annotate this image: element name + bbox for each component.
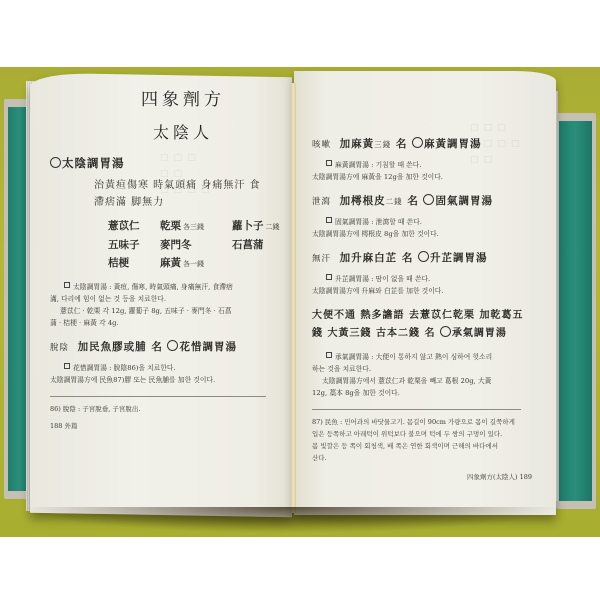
circle-marker-icon — [412, 137, 423, 148]
herb-row: 桔梗 麻黃各一錢 — [108, 254, 290, 273]
herb-item: 桔梗 — [108, 254, 160, 273]
herb-item: 薏苡仁 — [108, 217, 160, 236]
modification-result: 花惜調胃湯 — [179, 341, 237, 353]
entry-explanation: 麻黃調胃湯 : 기침할 때 쓴다. 太陰調胃湯方에 麻黃을 12g을 加한 것이… — [312, 159, 544, 183]
footnote: 86) 脫陰 : 子宮脫垂, 子宮脫出. — [50, 403, 290, 415]
formula-name: 太陰調胃湯 — [62, 156, 125, 170]
footnote-divider — [50, 396, 266, 397]
modification-heading: 脫陰 加民魚膠或脯 名 花惜調胃湯 — [50, 339, 290, 354]
entry-explanation: 固氣調胃湯 : 泄瀉할 때 쓴다. 太陰調胃湯方에 樗根皮 8g을 加한 것이다… — [312, 216, 544, 240]
herb-item: 石菖蒲 — [232, 236, 264, 254]
entry-heading: 咳嗽 加麻黃三錢 名 麻黃調胃湯 — [312, 136, 544, 151]
dose-line: 蒲 · 桔梗 · 麻黃 각 4g. — [50, 317, 290, 329]
formula-indications: 治黃疸傷寒 時氣頭痛 身痛無汗 食 滯痞滿 脚無力 — [94, 177, 290, 211]
book-gutter — [291, 83, 296, 513]
footnote-divider — [312, 409, 521, 410]
herb-row: 五味子 麥門冬 石菖蒲 — [108, 236, 290, 254]
circle-marker-icon — [418, 251, 429, 262]
page-folio: 四象劑方(太陰人) 189 — [312, 472, 532, 481]
note-line: 太陰調胃湯方에 民魚87)膠 또는 民魚脯를 加한 것이다. — [50, 374, 290, 386]
square-bullet-icon — [326, 274, 332, 280]
entry-heading: 泄瀉 加樗根皮二錢 名 固氣調胃湯 — [312, 193, 544, 208]
square-bullet-icon — [326, 160, 332, 166]
indications-line: 滯痞滿 脚無力 — [94, 194, 290, 211]
entry-explanation: 升芷調胃湯 : 땀이 없을 때 쓴다. 太陰調胃湯方에 升麻와 白芷를 加한 것… — [312, 273, 544, 297]
formula-explanation: 太陰調胃湯 : 黃疸, 傷寒, 時氣頭痛, 身痛無汗, 食滯痞 滿, 다리에 힘… — [50, 281, 290, 329]
page-title: 四象劑方 — [76, 85, 290, 110]
herb-item: 麥門冬 — [160, 236, 232, 254]
circle-marker-icon — [50, 157, 61, 168]
entry-explanation: 承氣調胃湯 : 大便이 통하지 않고 熱이 심하여 헛소리 하는 것을 치료한다… — [312, 351, 544, 399]
herb-item: 乾栗各三錢 — [160, 217, 232, 236]
modification-explanation: 花惜調胃湯 : 脫陰86)을 치료한다. 太陰調胃湯方에 民魚87)膠 또는 民… — [50, 362, 290, 386]
herb-list: 薏苡仁 乾栗各三錢 蘿卜子二錢 五味子 麥門冬 石菖蒲 桔梗 麻黃各一錢 — [108, 217, 290, 273]
circle-marker-icon — [167, 340, 178, 351]
note-line: 滿, 다리에 힘이 없는 것 등을 치료한다. — [50, 293, 290, 305]
indications-line: 治黃疸傷寒 時氣頭痛 身痛無汗 食 — [94, 177, 290, 194]
herb-row: 薏苡仁 乾栗各三錢 蘿卜子二錢 — [108, 217, 290, 236]
page-subtitle: 太陰人 — [76, 120, 290, 143]
dose-line: 薏苡仁 · 乾栗 각 12g, 蘿蔔子 8g, 五味子 · 麥門冬 · 石菖 — [50, 305, 290, 317]
footnote: 87) 民魚 : 민어과의 바닷물고기. 몸길이 90cm 가량으로 몸이 길쭉… — [312, 416, 544, 464]
circle-marker-icon — [440, 326, 451, 337]
modification-add: 加民魚膠或脯 — [78, 341, 147, 353]
entry-line: 大便不通 熱多譫語 去薏苡仁乾栗 加乾葛五 — [312, 307, 544, 325]
circle-marker-icon — [423, 194, 434, 205]
formula-heading: 太陰調胃湯 — [50, 155, 290, 171]
cover-cloth-right — [559, 121, 592, 501]
entry-heading: 無汗 加升麻白芷 名 升芷調胃湯 — [312, 250, 544, 265]
herb-item: 蘿卜子二錢 — [232, 217, 280, 236]
herb-item: 五味子 — [108, 236, 160, 254]
herb-item: 麻黃各一錢 — [160, 254, 232, 273]
modification-condition: 脫陰 — [50, 343, 69, 353]
entry-heading: 大便不通 熱多譫語 去薏苡仁乾栗 加乾葛五 錢 大黃三錢 古本二錢 名 承氣調胃… — [312, 307, 544, 343]
book-shadow — [20, 507, 560, 533]
right-page-content: 咳嗽 加麻黃三錢 名 麻黃調胃湯 麻黃調胃湯 : 기침할 때 쓴다. 太陰調胃湯… — [312, 88, 544, 481]
square-bullet-icon — [326, 352, 332, 358]
square-bullet-icon — [64, 363, 70, 369]
square-bullet-icon — [326, 217, 332, 223]
left-page-content: 四象劑方 太陰人 太陰調胃湯 治黃疸傷寒 時氣頭痛 身痛無汗 食 滯痞滿 脚無力… — [50, 85, 290, 430]
name-label: 名 — [151, 341, 163, 353]
square-bullet-icon — [64, 282, 70, 288]
page-folio: 188 外篇 — [50, 421, 290, 430]
